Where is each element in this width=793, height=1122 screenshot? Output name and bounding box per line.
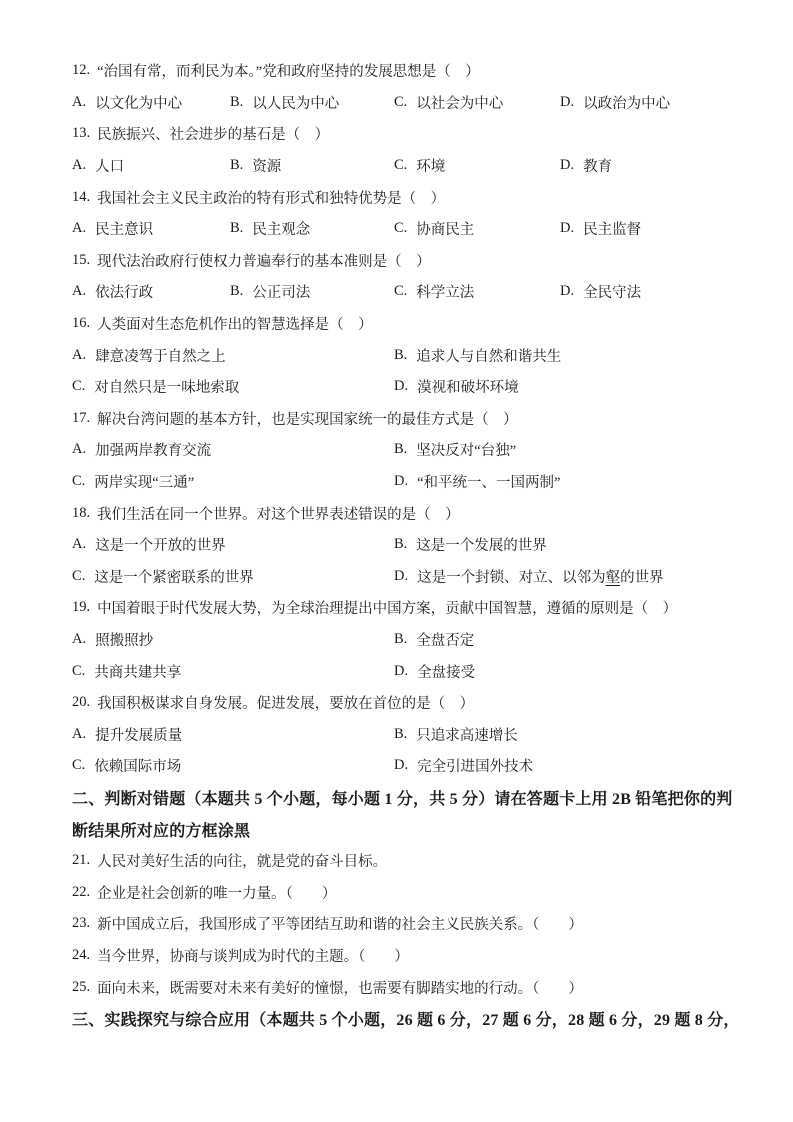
question-18-text: 我们生活在同一个世界。对这个世界表述错误的是（ ） <box>97 503 460 524</box>
option-a: A.依法行政 <box>72 281 230 302</box>
option-text: 肆意凌驾于自然之上 <box>95 345 226 366</box>
option-text: 完全引进国外技术 <box>417 755 533 776</box>
question-14-options: A.民主意识 B.民主观念 C.协商民主 D.民主监督 <box>72 213 733 245</box>
option-a: A.人口 <box>72 155 230 176</box>
option-label: A. <box>72 220 86 237</box>
option-d: D.漠视和破坏环境 <box>394 376 733 397</box>
option-text: 依法行政 <box>95 281 153 302</box>
option-text: 资源 <box>252 155 281 176</box>
question-24-text: 当今世界，协商与谈判成为时代的主题。（ ） <box>97 945 409 966</box>
question-15-options: A.依法行政 B.公正司法 C.科学立法 D.全民守法 <box>72 276 733 308</box>
option-text: 教育 <box>583 155 612 176</box>
question-13-stem: 13. 民族振兴、社会进步的基石是（ ） <box>72 118 733 150</box>
question-17-stem: 17. 解决台湾问题的基本方针，也是实现国家统一的最佳方式是（ ） <box>72 403 733 435</box>
option-label: A. <box>72 631 86 648</box>
option-label: A. <box>72 157 86 174</box>
question-12-options: A.以文化为中心 B.以人民为中心 C.以社会为中心 D.以政治为中心 <box>72 87 733 119</box>
option-b: B.民主观念 <box>230 218 394 239</box>
question-24-number: 24. <box>72 947 90 964</box>
option-a: A.以文化为中心 <box>72 92 230 113</box>
option-b: B.以人民为中心 <box>230 92 394 113</box>
option-d: D.教育 <box>560 155 733 176</box>
option-label: B. <box>230 283 243 300</box>
option-text: 漠视和破坏环境 <box>417 376 519 397</box>
question-12-number: 12. <box>72 62 90 79</box>
question-15-text: 现代法治政府行使权力普遍奉行的基本准则是（ ） <box>97 250 431 271</box>
option-label: D. <box>394 663 408 680</box>
question-16-number: 16. <box>72 315 90 332</box>
question-14-text: 我国社会主义民主政治的特有形式和独特优势是（ ） <box>97 187 445 208</box>
option-text: 以人民为中心 <box>252 92 339 113</box>
question-17-options-row1: A.加强两岸教育交流 B.坚决反对“台独” <box>72 434 733 466</box>
option-label: C. <box>72 568 85 585</box>
option-text: 坚决反对“台独” <box>416 439 516 460</box>
option-label: C. <box>394 283 407 300</box>
option-label: B. <box>394 441 407 458</box>
question-21-number: 21. <box>72 852 90 869</box>
option-label: B. <box>394 347 407 364</box>
option-text: 依赖国际市场 <box>94 755 181 776</box>
option-text: 全民守法 <box>583 281 641 302</box>
option-a: A.这是一个开放的世界 <box>72 534 394 555</box>
option-label: D. <box>560 157 574 174</box>
option-label: B. <box>230 157 243 174</box>
option-text-pre: 这是一个封锁、对立、以邻为 <box>417 566 606 587</box>
option-label: D. <box>560 94 574 111</box>
option-label: C. <box>394 157 407 174</box>
question-16-text: 人类面对生态危机作出的智慧选择是（ ） <box>97 313 373 334</box>
option-label: D. <box>394 473 408 490</box>
option-label: A. <box>72 441 86 458</box>
option-d: D.完全引进国外技术 <box>394 755 733 776</box>
question-20-options-row1: A.提升发展质量 B.只追求高速增长 <box>72 718 733 750</box>
option-a: A.提升发展质量 <box>72 724 394 745</box>
option-b: B.公正司法 <box>230 281 394 302</box>
question-17-number: 17. <box>72 410 90 427</box>
option-a: A.肆意凌驾于自然之上 <box>72 345 394 366</box>
option-text-underlined: 壑 <box>606 566 621 587</box>
option-text: 提升发展质量 <box>95 724 182 745</box>
option-b: B.资源 <box>230 155 394 176</box>
question-19-text: 中国着眼于时代发展大势，为全球治理提出中国方案，贡献中国智慧，遵循的原则是（ ） <box>97 597 677 618</box>
question-18-stem: 18. 我们生活在同一个世界。对这个世界表述错误的是（ ） <box>72 497 733 529</box>
option-d: D.这是一个封锁、对立、以邻为壑的世界 <box>394 566 733 587</box>
question-20-options-row2: C.依赖国际市场 D.完全引进国外技术 <box>72 750 733 782</box>
option-text: 民主监督 <box>583 218 641 239</box>
question-13-number: 13. <box>72 125 90 142</box>
question-20-number: 20. <box>72 694 90 711</box>
question-16-options-row1: A.肆意凌驾于自然之上 B.追求人与自然和谐共生 <box>72 339 733 371</box>
option-text: 共商共建共享 <box>94 661 181 682</box>
option-text: 协商民主 <box>416 218 474 239</box>
option-text: 以政治为中心 <box>583 92 670 113</box>
option-label: A. <box>72 536 86 553</box>
question-25: 25. 面向未来，既需要对未来有美好的憧憬，也需要有脚踏实地的行动。（ ） <box>72 971 733 1003</box>
option-label: D. <box>560 283 574 300</box>
question-20-stem: 20. 我国积极谋求自身发展。促进发展，要放在首位的是（ ） <box>72 687 733 719</box>
question-13-options: A.人口 B.资源 C.环境 D.教育 <box>72 150 733 182</box>
option-text: 以文化为中心 <box>95 92 182 113</box>
option-label: A. <box>72 347 86 364</box>
option-d: D.全盘接受 <box>394 661 733 682</box>
option-label: C. <box>72 378 85 395</box>
option-label: B. <box>230 94 243 111</box>
question-24: 24. 当今世界，协商与谈判成为时代的主题。（ ） <box>72 940 733 972</box>
question-14-number: 14. <box>72 189 90 206</box>
question-16-stem: 16. 人类面对生态危机作出的智慧选择是（ ） <box>72 308 733 340</box>
option-c: C.依赖国际市场 <box>72 755 394 776</box>
option-b: B.全盘否定 <box>394 629 733 650</box>
question-14-stem: 14. 我国社会主义民主政治的特有形式和独特优势是（ ） <box>72 181 733 213</box>
option-text: 追求人与自然和谐共生 <box>416 345 561 366</box>
option-c: C.协商民主 <box>394 218 560 239</box>
question-23-number: 23. <box>72 915 90 932</box>
question-18-number: 18. <box>72 505 90 522</box>
question-25-number: 25. <box>72 979 90 996</box>
option-text: 科学立法 <box>416 281 474 302</box>
option-text: 公正司法 <box>252 281 310 302</box>
option-text: 加强两岸教育交流 <box>95 439 211 460</box>
question-19-stem: 19. 中国着眼于时代发展大势，为全球治理提出中国方案，贡献中国智慧，遵循的原则… <box>72 592 733 624</box>
option-text: 两岸实现“三通” <box>94 471 194 492</box>
option-label: B. <box>394 726 407 743</box>
question-15-stem: 15. 现代法治政府行使权力普遍奉行的基本准则是（ ） <box>72 245 733 277</box>
option-text: 全盘接受 <box>417 661 475 682</box>
option-label: D. <box>394 378 408 395</box>
option-text: “和平统一、一国两制” <box>417 471 560 492</box>
question-15-number: 15. <box>72 252 90 269</box>
option-c: C.环境 <box>394 155 560 176</box>
option-text: 照搬照抄 <box>95 629 153 650</box>
option-a: A.加强两岸教育交流 <box>72 439 394 460</box>
question-18-options-row2: C.这是一个紧密联系的世界 D.这是一个封锁、对立、以邻为壑的世界 <box>72 561 733 593</box>
option-text-post: 的世界 <box>620 566 664 587</box>
option-b: B.追求人与自然和谐共生 <box>394 345 733 366</box>
question-19-options-row1: A.照搬照抄 B.全盘否定 <box>72 624 733 656</box>
question-20-text: 我国积极谋求自身发展。促进发展，要放在首位的是（ ） <box>97 692 474 713</box>
question-23: 23. 新中国成立后，我国形成了平等团结互助和谐的社会主义民族关系。（ ） <box>72 908 733 940</box>
question-22-number: 22. <box>72 884 90 901</box>
question-21-text: 人民对美好生活的向往，就是党的奋斗目标。 <box>97 850 387 871</box>
option-c: C.以社会为中心 <box>394 92 560 113</box>
option-text: 全盘否定 <box>416 629 474 650</box>
option-label: A. <box>72 726 86 743</box>
option-label: C. <box>394 94 407 111</box>
question-13-text: 民族振兴、社会进步的基石是（ ） <box>97 123 329 144</box>
option-label: C. <box>72 473 85 490</box>
option-text: 只追求高速增长 <box>416 724 518 745</box>
option-text: 以社会为中心 <box>416 92 503 113</box>
option-d: D.“和平统一、一国两制” <box>394 471 733 492</box>
question-19-options-row2: C.共商共建共享 D.全盘接受 <box>72 655 733 687</box>
option-label: D. <box>394 568 408 585</box>
option-label: A. <box>72 283 86 300</box>
exam-paper-page: 12. “治国有常，而利民为本。”党和政府坚持的发展思想是（ ） A.以文化为中… <box>0 0 793 1122</box>
option-a: A.民主意识 <box>72 218 230 239</box>
option-text: 环境 <box>416 155 445 176</box>
option-c: C.这是一个紧密联系的世界 <box>72 566 394 587</box>
question-22: 22. 企业是社会创新的唯一力量。（ ） <box>72 876 733 908</box>
option-label: C. <box>72 663 85 680</box>
option-c: C.对自然只是一味地索取 <box>72 376 394 397</box>
question-25-text: 面向未来，既需要对未来有美好的憧憬，也需要有脚踏实地的行动。（ ） <box>97 977 583 998</box>
option-label: D. <box>560 220 574 237</box>
option-b: B.坚决反对“台独” <box>394 439 733 460</box>
option-a: A.照搬照抄 <box>72 629 394 650</box>
option-text: 民主观念 <box>252 218 310 239</box>
option-c: C.共商共建共享 <box>72 661 394 682</box>
section-2-header-line2: 断结果所对应的方框涂黑 <box>72 813 733 845</box>
option-label: B. <box>230 220 243 237</box>
option-b: B.这是一个发展的世界 <box>394 534 733 555</box>
question-12-stem: 12. “治国有常，而利民为本。”党和政府坚持的发展思想是（ ） <box>72 55 733 87</box>
section-3-header-line1: 三、实践探究与综合应用（本题共 5 个小题，26 题 6 分，27 题 6 分，… <box>72 1003 733 1035</box>
question-22-text: 企业是社会创新的唯一力量。（ ） <box>97 882 336 903</box>
section-2-header-line1: 二、判断对错题（本题共 5 个小题，每小题 1 分，共 5 分）请在答题卡上用 … <box>72 782 733 814</box>
option-label: C. <box>72 757 85 774</box>
option-text: 这是一个紧密联系的世界 <box>94 566 254 587</box>
option-text: 民主意识 <box>95 218 153 239</box>
option-text: 这是一个发展的世界 <box>416 534 547 555</box>
option-d: D.以政治为中心 <box>560 92 733 113</box>
option-d: D.全民守法 <box>560 281 733 302</box>
option-b: B.只追求高速增长 <box>394 724 733 745</box>
option-text: 对自然只是一味地索取 <box>94 376 239 397</box>
question-18-options-row1: A.这是一个开放的世界 B.这是一个发展的世界 <box>72 529 733 561</box>
option-text: 这是一个开放的世界 <box>95 534 226 555</box>
option-d: D.民主监督 <box>560 218 733 239</box>
option-label: C. <box>394 220 407 237</box>
question-21: 21. 人民对美好生活的向往，就是党的奋斗目标。 <box>72 845 733 877</box>
option-label: D. <box>394 757 408 774</box>
option-c: C.科学立法 <box>394 281 560 302</box>
option-label: A. <box>72 94 86 111</box>
option-c: C.两岸实现“三通” <box>72 471 394 492</box>
question-17-text: 解决台湾问题的基本方针，也是实现国家统一的最佳方式是（ ） <box>97 408 518 429</box>
option-label: B. <box>394 631 407 648</box>
question-16-options-row2: C.对自然只是一味地索取 D.漠视和破坏环境 <box>72 371 733 403</box>
question-19-number: 19. <box>72 599 90 616</box>
question-23-text: 新中国成立后，我国形成了平等团结互助和谐的社会主义民族关系。（ ） <box>97 913 583 934</box>
option-text: 人口 <box>95 155 124 176</box>
question-17-options-row2: C.两岸实现“三通” D.“和平统一、一国两制” <box>72 466 733 498</box>
option-label: B. <box>394 536 407 553</box>
question-12-text: “治国有常，而利民为本。”党和政府坚持的发展思想是（ ） <box>97 60 480 81</box>
